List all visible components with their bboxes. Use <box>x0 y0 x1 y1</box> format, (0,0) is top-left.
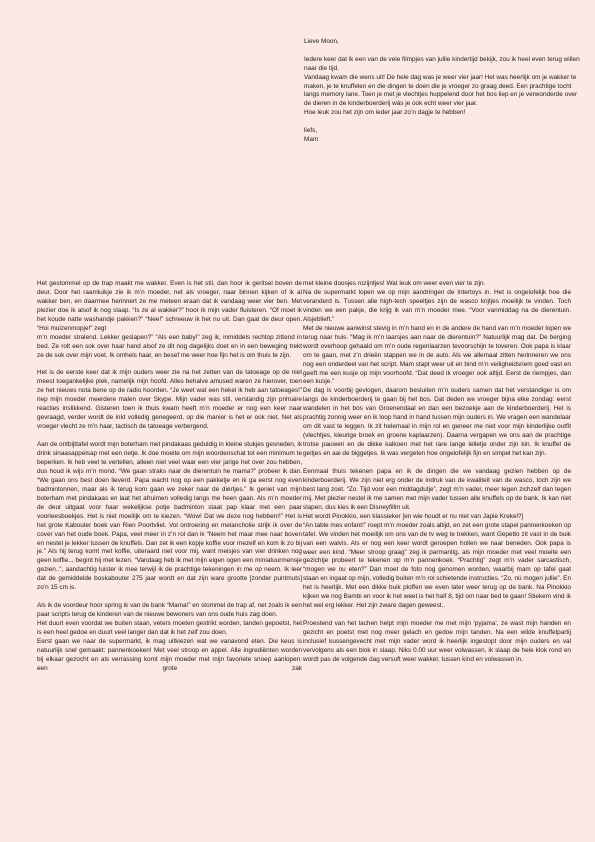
letter-paragraph: Vandaag kwam die wens uit! De hele dag w… <box>304 74 584 110</box>
letter-signature: Mam <box>304 136 584 145</box>
letter-greeting: Lieve Moon, <box>304 38 584 47</box>
letter-closing: liefs, <box>304 127 584 136</box>
story-paragraph: Het is de eerste keer dat ik mijn ouders… <box>37 369 302 432</box>
story-paragraph: Het gestommel op de trap maakt me wakker… <box>37 280 302 334</box>
story-paragraph: Het wordt Pinokkio, een klassieker [en w… <box>303 513 571 522</box>
story-paragraph: De dag is voorbij gevlogen, daarom beslu… <box>303 387 571 459</box>
story-paragraph: Eenmaal thuis tekenen papa en ik de ding… <box>303 468 571 513</box>
story-paragraph: Het duurt even voordat we buiten staan, … <box>37 620 302 638</box>
story-paragraph: Proestend van het lachen helpt mijn moed… <box>303 620 571 665</box>
letter-block: Lieve Moon, Iedere keer dat ik een van d… <box>304 38 584 145</box>
story-paragraph: Als ik de voordeur hoor spring ik van de… <box>37 602 302 620</box>
story-paragraph: “An table mes enfant!” roept m’n moeder … <box>303 522 571 612</box>
story-paragraph: Aan de ontbijttafel wordt mijn boterham … <box>37 441 302 593</box>
story-paragraph: Met de nieuwe aanwinst stevig in m’n han… <box>303 325 571 388</box>
story-paragraph: Eerst gaan we naar de supermarkt, ik mag… <box>37 638 302 674</box>
story-right-column: met kleine doosjes rozijntjes! Wat leuk … <box>303 280 571 665</box>
letter-paragraph: Hoe leuk zou het zijn om ieder jaar zo’n… <box>304 109 584 118</box>
story-paragraph: Na de supermarkt lopen we op mijn aandri… <box>303 289 571 325</box>
story-paragraph: m’n moeder stralend. Lekker geslapen?” “… <box>37 334 302 361</box>
story-left-column: Het gestommel op de trap maakt me wakker… <box>37 280 302 674</box>
story-paragraph: met kleine doosjes rozijntjes! Wat leuk … <box>303 280 571 289</box>
letter-paragraph: Iedere keer dat ik een van de vele filmp… <box>304 56 584 74</box>
